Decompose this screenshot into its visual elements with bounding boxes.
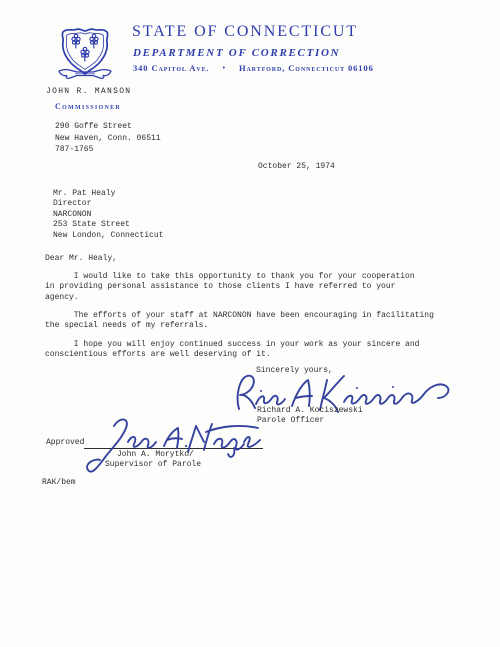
connecticut-seal-icon: [55, 27, 115, 81]
letterhead-state-title: STATE OF CONNECTICUT: [132, 23, 358, 41]
signature-john-morytko: [76, 412, 266, 484]
reference-initials: RAK/bem: [42, 478, 76, 487]
letterhead-department-title: DEPARTMENT OF CORRECTION: [133, 47, 340, 59]
commissioner-title: Commissioner: [55, 102, 121, 111]
approver-typed-title: Supervisor of Parole: [105, 460, 201, 469]
letter-date: October 25, 1974: [258, 162, 335, 171]
letterhead-address-line: 340 Capitol Ave. • Hartford, Connecticut…: [133, 63, 374, 73]
letterhead-city: Hartford, Connecticut 06106: [239, 63, 374, 73]
letterhead-street: 340 Capitol Ave.: [133, 63, 210, 73]
salutation: Dear Mr. Healy,: [45, 254, 117, 263]
commissioner-name: JOHN R. MANSON: [46, 87, 131, 96]
signer-typed-title: Parole Officer: [257, 416, 324, 425]
letter-page: STATE OF CONNECTICUT DEPARTMENT OF CORRE…: [0, 0, 500, 647]
recipient-address: Mr. Pat Healy Director NARCONON 253 Stat…: [53, 189, 163, 241]
body-paragraph-1: I would like to take this opportunity to…: [45, 272, 415, 303]
bullet-separator-icon: •: [223, 64, 226, 72]
approver-typed-name: John A. Morytko/: [117, 450, 194, 459]
signer-typed-name: Richard A. Kociszewski: [257, 406, 363, 415]
body-paragraph-3: I hope you will enjoy continued success …: [45, 340, 419, 361]
body-paragraph-2: The efforts of your staff at NARCONON ha…: [45, 311, 434, 332]
sender-address: 290 Goffe Street New Haven, Conn. 06511 …: [55, 121, 161, 156]
